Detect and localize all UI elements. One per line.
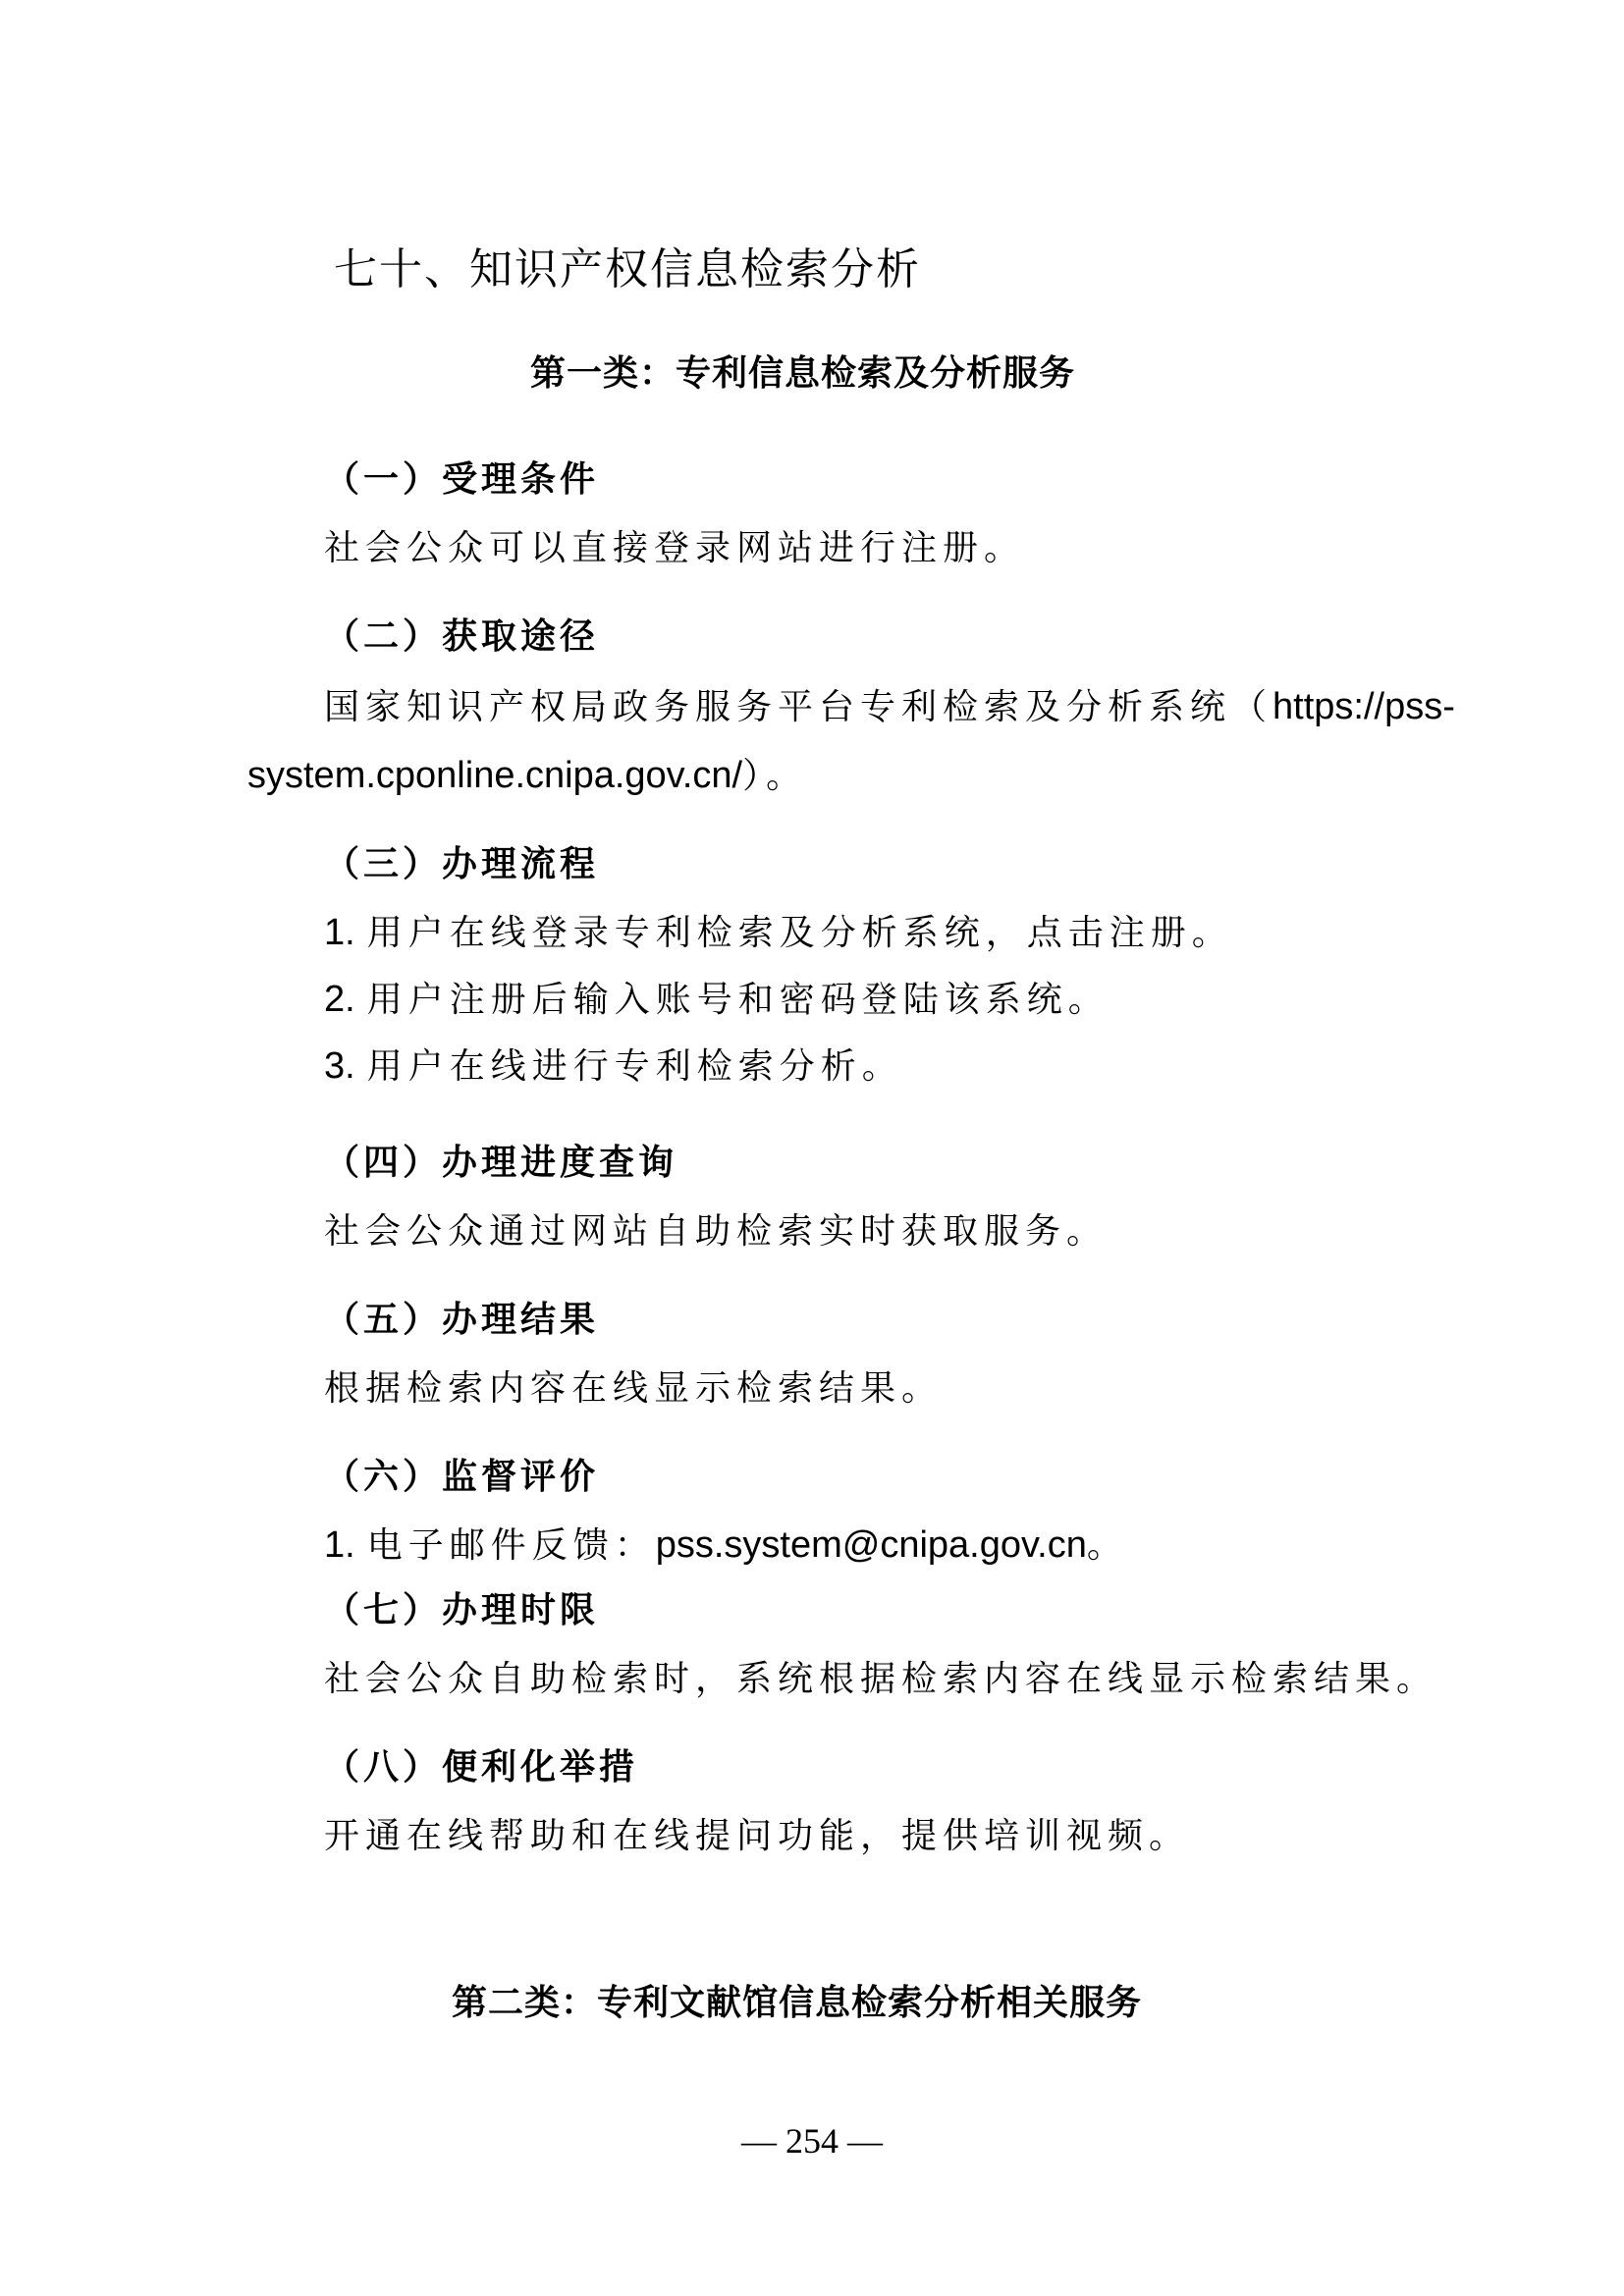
section-heading-supervision: （六）监督评价 [324, 1449, 599, 1499]
step-text: 用户在线进行专利检索分析。 [367, 1046, 903, 1087]
step-number: 3. [324, 1045, 355, 1087]
feedback-label: 电子邮件反馈： [367, 1525, 656, 1566]
feedback-tail: 。 [1087, 1525, 1128, 1566]
progress-query-text: 社会公众通过网站自助检索实时获取服务。 [324, 1203, 1108, 1254]
convenience-text: 开通在线帮助和在线提问功能，提供培训视频。 [324, 1808, 1190, 1858]
category-2-title: 第二类：专利文献馆信息检索分析相关服务 [452, 1975, 1142, 2025]
feedback-number: 1. [324, 1524, 355, 1566]
step-text: 用户在线登录专利检索及分析系统，点击注册。 [367, 913, 1233, 953]
section-heading-access-channel: （二）获取途径 [324, 609, 599, 659]
system-url-part-1[interactable]: https://pss- [1272, 686, 1455, 727]
access-channel-line-1: 国家知识产权局政务服务平台专利检索及分析系统（https://pss- [324, 679, 1455, 729]
category-1-title: 第一类：专利信息检索及分析服务 [530, 346, 1075, 396]
process-step-1: 1.用户在线登录专利检索及分析系统，点击注册。 [324, 905, 1233, 955]
feedback-email-line: 1.电子邮件反馈：pss.system@cnipa.gov.cn。 [324, 1518, 1128, 1568]
access-channel-text: 国家知识产权局政务服务平台专利检索及分析系统（ [324, 687, 1272, 727]
access-channel-tail: ）。 [742, 756, 807, 796]
process-step-3: 3.用户在线进行专利检索分析。 [324, 1039, 903, 1089]
access-channel-line-2: system.cponline.cnipa.gov.cn/）。 [247, 748, 807, 798]
step-text: 用户注册后输入账号和密码登陆该系统。 [367, 980, 1110, 1020]
feedback-email-link[interactable]: pss.system@cnipa.gov.cn [656, 1524, 1087, 1566]
system-url-part-2[interactable]: system.cponline.cnipa.gov.cn/ [247, 755, 742, 796]
section-heading-convenience: （八）便利化举措 [324, 1739, 638, 1789]
step-number: 1. [324, 912, 355, 953]
page-number: — 254 — [0, 2120, 1624, 2162]
section-heading-process: （三）办理流程 [324, 836, 599, 886]
result-text: 根据检索内容在线显示检索结果。 [324, 1361, 943, 1411]
time-limit-text: 社会公众自助检索时，系统根据检索内容在线显示检索结果。 [324, 1651, 1437, 1701]
section-heading-acceptance-conditions: （一）受理条件 [324, 452, 599, 502]
chapter-title: 七十、知识产权信息检索分析 [334, 234, 921, 296]
section-heading-time-limit: （七）办理时限 [324, 1582, 599, 1632]
section-heading-result: （五）办理结果 [324, 1292, 599, 1342]
acceptance-conditions-text: 社会公众可以直接登录网站进行注册。 [324, 520, 1025, 570]
process-step-2: 2.用户注册后输入账号和密码登陆该系统。 [324, 972, 1110, 1022]
section-heading-progress-query: （四）办理进度查询 [324, 1135, 677, 1185]
step-number: 2. [324, 979, 355, 1020]
